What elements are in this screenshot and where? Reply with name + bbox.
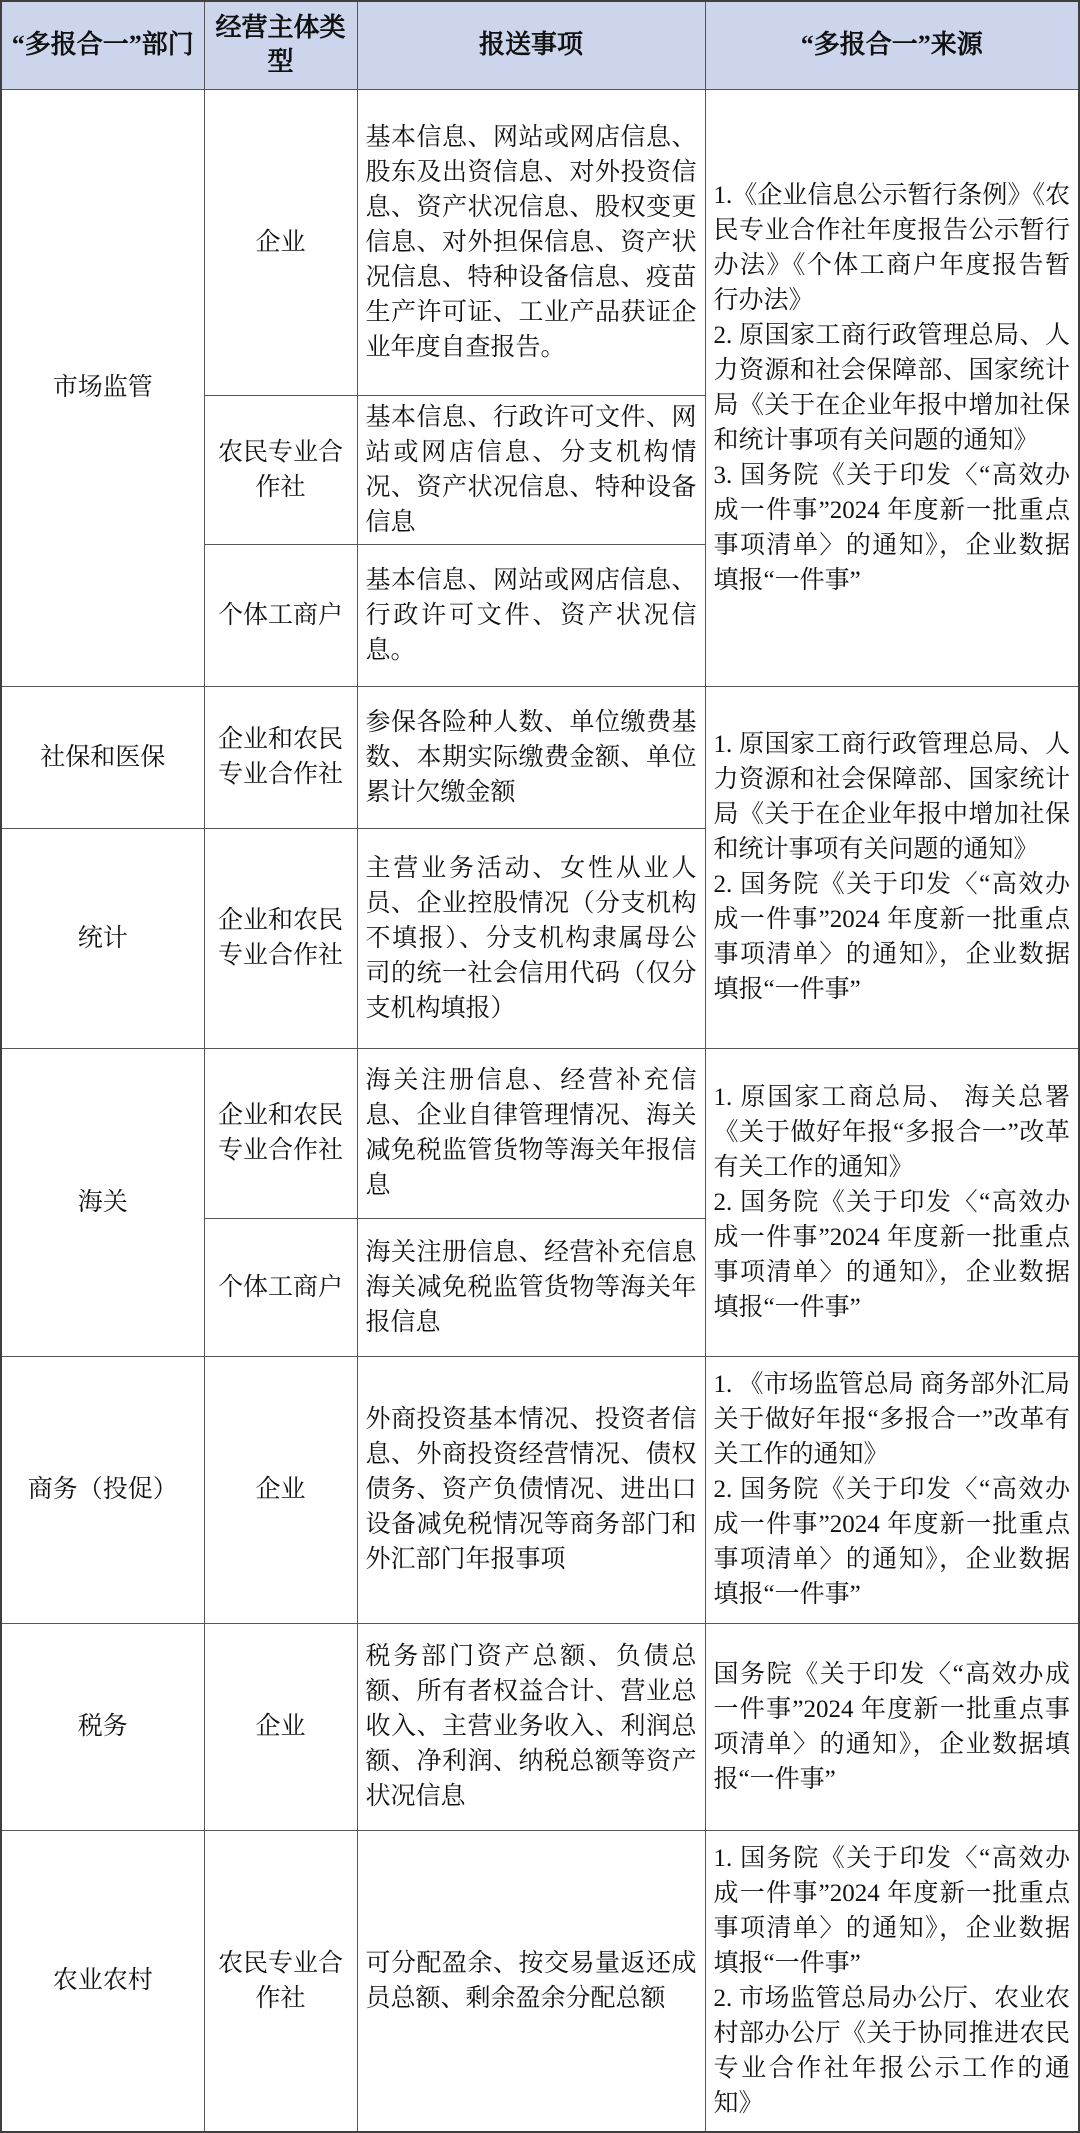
customs-enterprise-entity-cell: 企业和农民专业合作社	[204, 1048, 357, 1218]
commerce-source-cell: 1. 《市场监管总局 商务部外汇局关于做好年报“多报合一”改革有关工作的通知》 …	[705, 1356, 1079, 1623]
header-source: “多报合一”来源	[705, 1, 1079, 89]
customs-source-cell: 1. 原国家工商总局、 海关总署《关于做好年报“多报合一”改革有关工作的通知》 …	[705, 1048, 1079, 1356]
header-entity-type: 经营主体类型	[204, 1, 357, 89]
customs-individual-entity-cell: 个体工商户	[204, 1218, 357, 1356]
report-table: “多报合一”部门 经营主体类型 报送事项 “多报合一”来源 市场监管 企业 基本…	[0, 0, 1080, 2133]
tax-source-cell: 国务院《关于印发〈“高效办成一件事”2024 年度新一批重点事项清单〉的通知》，…	[705, 1623, 1079, 1830]
agriculture-dept-cell: 农业农村	[1, 1830, 204, 2132]
agriculture-entity-cell: 农民专业合作社	[204, 1830, 357, 2132]
stats-entity-cell: 企业和农民专业合作社	[204, 828, 357, 1048]
market-row-enterprise: 市场监管 企业 基本信息、网站或网店信息、股东及出资信息、对外投资信息、资产状况…	[1, 89, 1079, 395]
header-dept: “多报合一”部门	[1, 1, 204, 89]
social-dept-cell: 社保和医保	[1, 686, 204, 828]
market-cooperative-entity-cell: 农民专业合作社	[204, 395, 357, 544]
market-source-cell: 1.《企业信息公示暂行条例》《农民专业合作社年度报告公示暂行办法》《个体工商户年…	[705, 89, 1079, 686]
commerce-items-cell: 外商投资基本情况、投资者信息、外商投资经营情况、债权债务、资产负债情况、进出口设…	[357, 1356, 705, 1623]
agriculture-items-cell: 可分配盈余、按交易量返还成员总额、剩余盈余分配总额	[357, 1830, 705, 2132]
header-row: “多报合一”部门 经营主体类型 报送事项 “多报合一”来源	[1, 1, 1079, 89]
agriculture-source-cell: 1. 国务院《关于印发〈“高效办成一件事”2024 年度新一批重点事项清单〉的通…	[705, 1830, 1079, 2132]
commerce-entity-cell: 企业	[204, 1356, 357, 1623]
header-report-items: 报送事项	[357, 1, 705, 89]
tax-items-cell: 税务部门资产总额、负债总额、所有者权益合计、营业总收入、主营业务收入、利润总额、…	[357, 1623, 705, 1830]
social-entity-cell: 企业和农民专业合作社	[204, 686, 357, 828]
market-individual-items-cell: 基本信息、网站或网店信息、行政许可文件、资产状况信息。	[357, 544, 705, 686]
tax-row: 税务 企业 税务部门资产总额、负债总额、所有者权益合计、营业总收入、主营业务收入…	[1, 1623, 1079, 1830]
commerce-row: 商务（投促） 企业 外商投资基本情况、投资者信息、外商投资经营情况、债权债务、资…	[1, 1356, 1079, 1623]
customs-row-enterprise: 海关 企业和农民专业合作社 海关注册信息、经营补充信息、企业自律管理情况、海关减…	[1, 1048, 1079, 1218]
market-enterprise-entity-cell: 企业	[204, 89, 357, 395]
tax-dept-cell: 税务	[1, 1623, 204, 1830]
annual-report-consolidation-table-page: “多报合一”部门 经营主体类型 报送事项 “多报合一”来源 市场监管 企业 基本…	[0, 0, 1080, 2133]
social-insurance-row: 社保和医保 企业和农民专业合作社 参保各险种人数、单位缴费基数、本期实际缴费金额…	[1, 686, 1079, 828]
agriculture-row: 农业农村 农民专业合作社 可分配盈余、按交易量返还成员总额、剩余盈余分配总额 1…	[1, 1830, 1079, 2132]
stats-items-cell: 主营业务活动、女性从业人员、企业控股情况（分支机构不填报）、分支机构隶属母公司的…	[357, 828, 705, 1048]
social-items-cell: 参保各险种人数、单位缴费基数、本期实际缴费金额、单位累计欠缴金额	[357, 686, 705, 828]
market-enterprise-items-cell: 基本信息、网站或网店信息、股东及出资信息、对外投资信息、资产状况信息、股权变更信…	[357, 89, 705, 395]
market-individual-entity-cell: 个体工商户	[204, 544, 357, 686]
tax-entity-cell: 企业	[204, 1623, 357, 1830]
commerce-dept-cell: 商务（投促）	[1, 1356, 204, 1623]
customs-enterprise-items-cell: 海关注册信息、经营补充信息、企业自律管理情况、海关减免税监管货物等海关年报信息	[357, 1048, 705, 1218]
customs-dept-cell: 海关	[1, 1048, 204, 1356]
customs-individual-items-cell: 海关注册信息、经营补充信息海关减免税监管货物等海关年报信息	[357, 1218, 705, 1356]
market-dept-cell: 市场监管	[1, 89, 204, 686]
social-stats-source-cell: 1. 原国家工商行政管理总局、人力资源和社会保障部、国家统计局《关于在企业年报中…	[705, 686, 1079, 1048]
market-cooperative-items-cell: 基本信息、行政许可文件、网站或网店信息、分支机构情况、资产状况信息、特种设备信息	[357, 395, 705, 544]
stats-dept-cell: 统计	[1, 828, 204, 1048]
